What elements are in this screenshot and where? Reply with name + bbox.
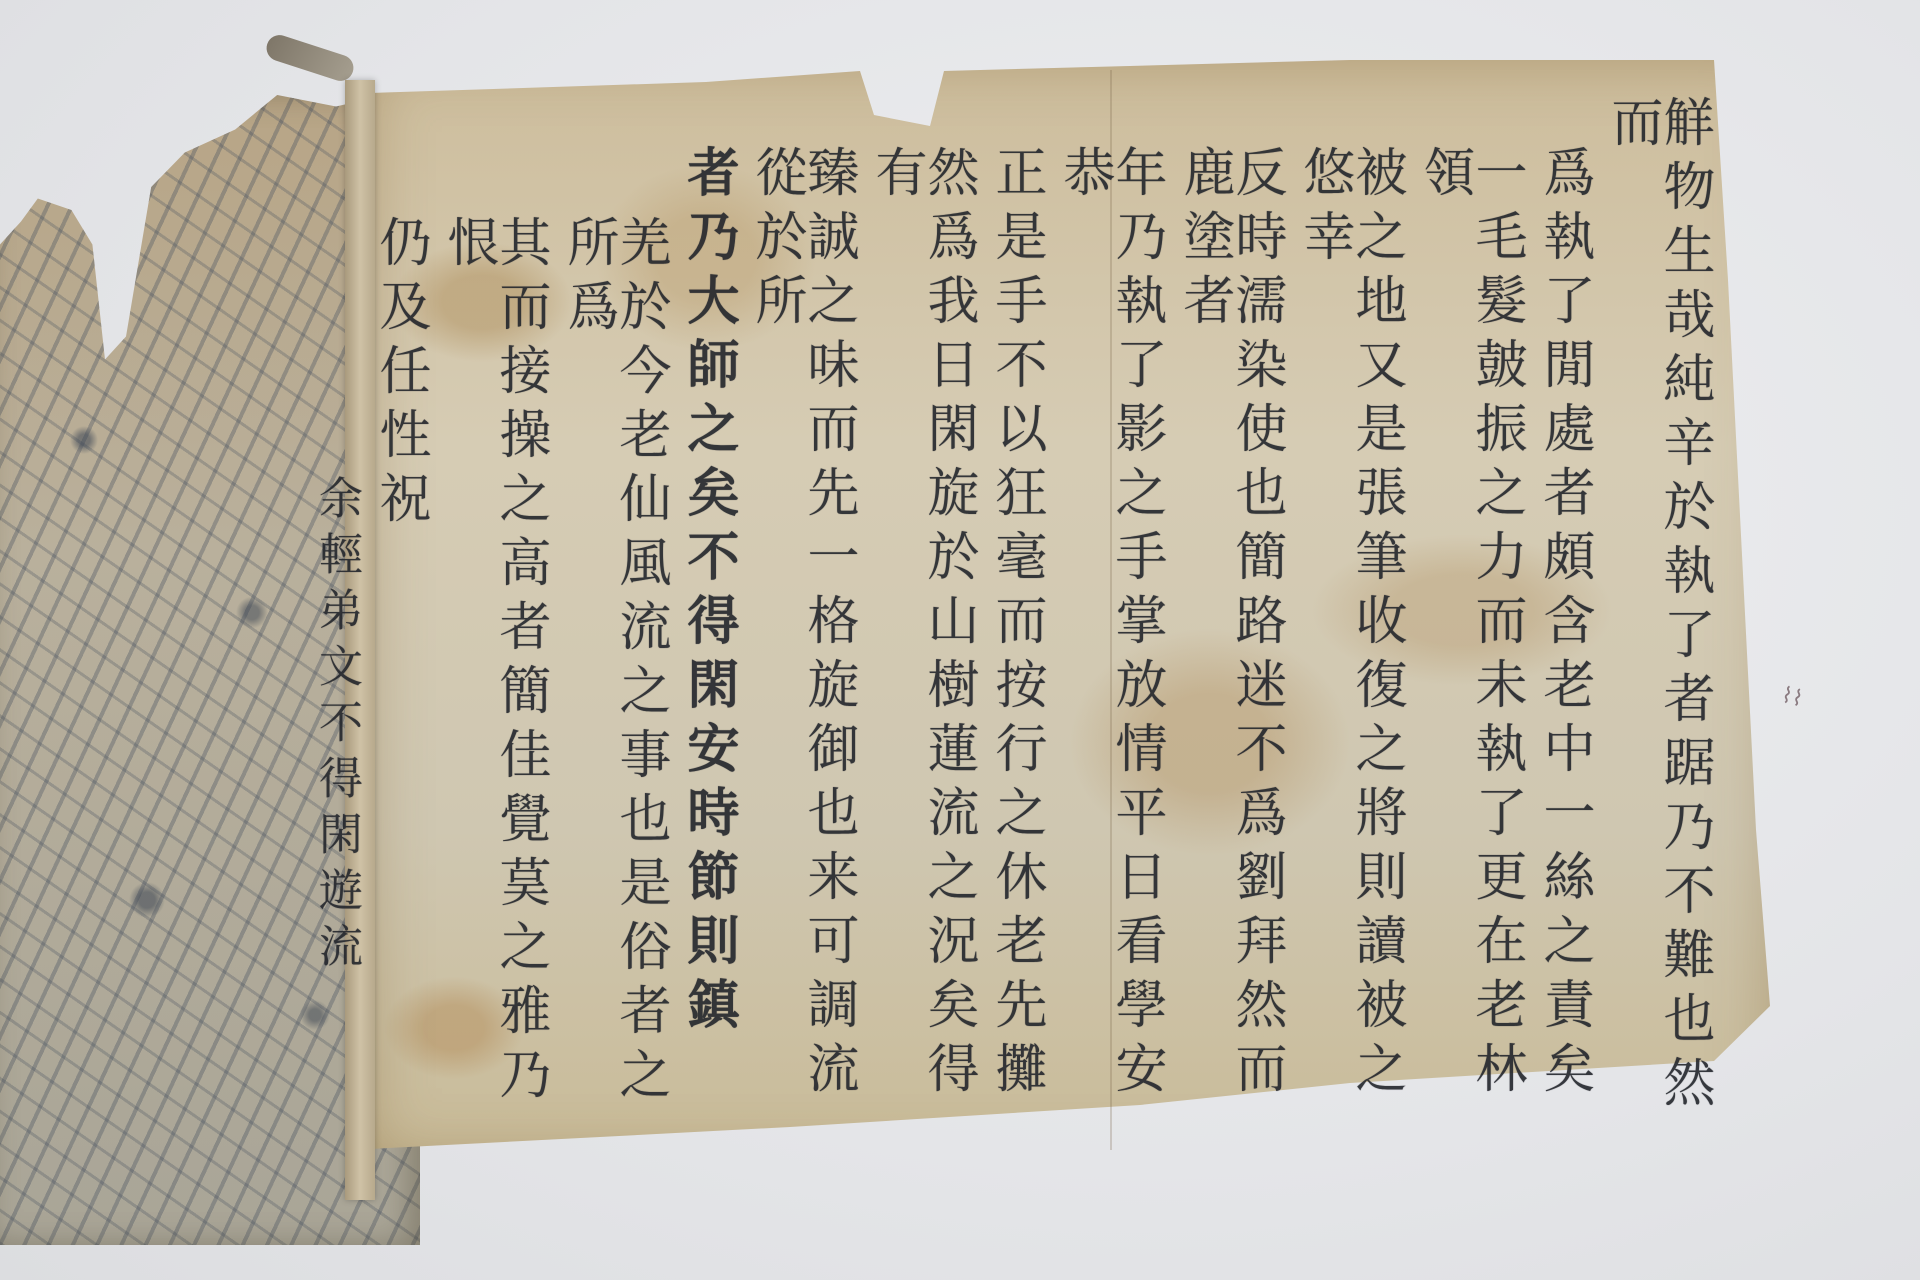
text-column: 然爲我日閑旋於山樹蓮流之況矣得有 <box>870 145 974 1135</box>
text-column: 羌於今老仙風流之事也是俗者之所爲 <box>562 215 666 1135</box>
text-column: 年乃執了影之手掌放情平日看學安恭 <box>1058 145 1162 1135</box>
text-column: 臻誠之味而先一格旋御也来可調流從於所 <box>750 145 854 1135</box>
text-column: 一毛髮皷振之力而未執了更在老林領 <box>1418 145 1522 1135</box>
text-column: 余輕弟文不得閑遊流 <box>314 475 358 1135</box>
manuscript-text: 觧物生哉純辛於執了者踞乃不難也然而 爲執了閒處者頗含老中一絲之責矣 一毛髮皷振之… <box>314 95 1710 1135</box>
text-column: 其而接操之高者簡佳覺茣之雅乃恨 <box>442 215 546 1135</box>
text-column: 者乃大師之矣不得閑安時節則鎮 <box>682 145 734 1135</box>
text-column: 被之地又是張筆收復之將則讀被之悠幸 <box>1298 145 1402 1135</box>
text-column: 仍及任性祝 <box>374 215 426 1135</box>
text-column: 觧物生哉純辛於執了者踞乃不難也然而 <box>1606 95 1710 1135</box>
text-column: 反時濡染使也簡路迷不爲劉拜然而鹿塗者 <box>1178 145 1282 1135</box>
text-column: 爲執了閒處者頗含老中一絲之責矣 <box>1538 145 1590 1135</box>
text-column: 正是手不以狂毫而按行之休老先攤 <box>990 145 1042 1135</box>
